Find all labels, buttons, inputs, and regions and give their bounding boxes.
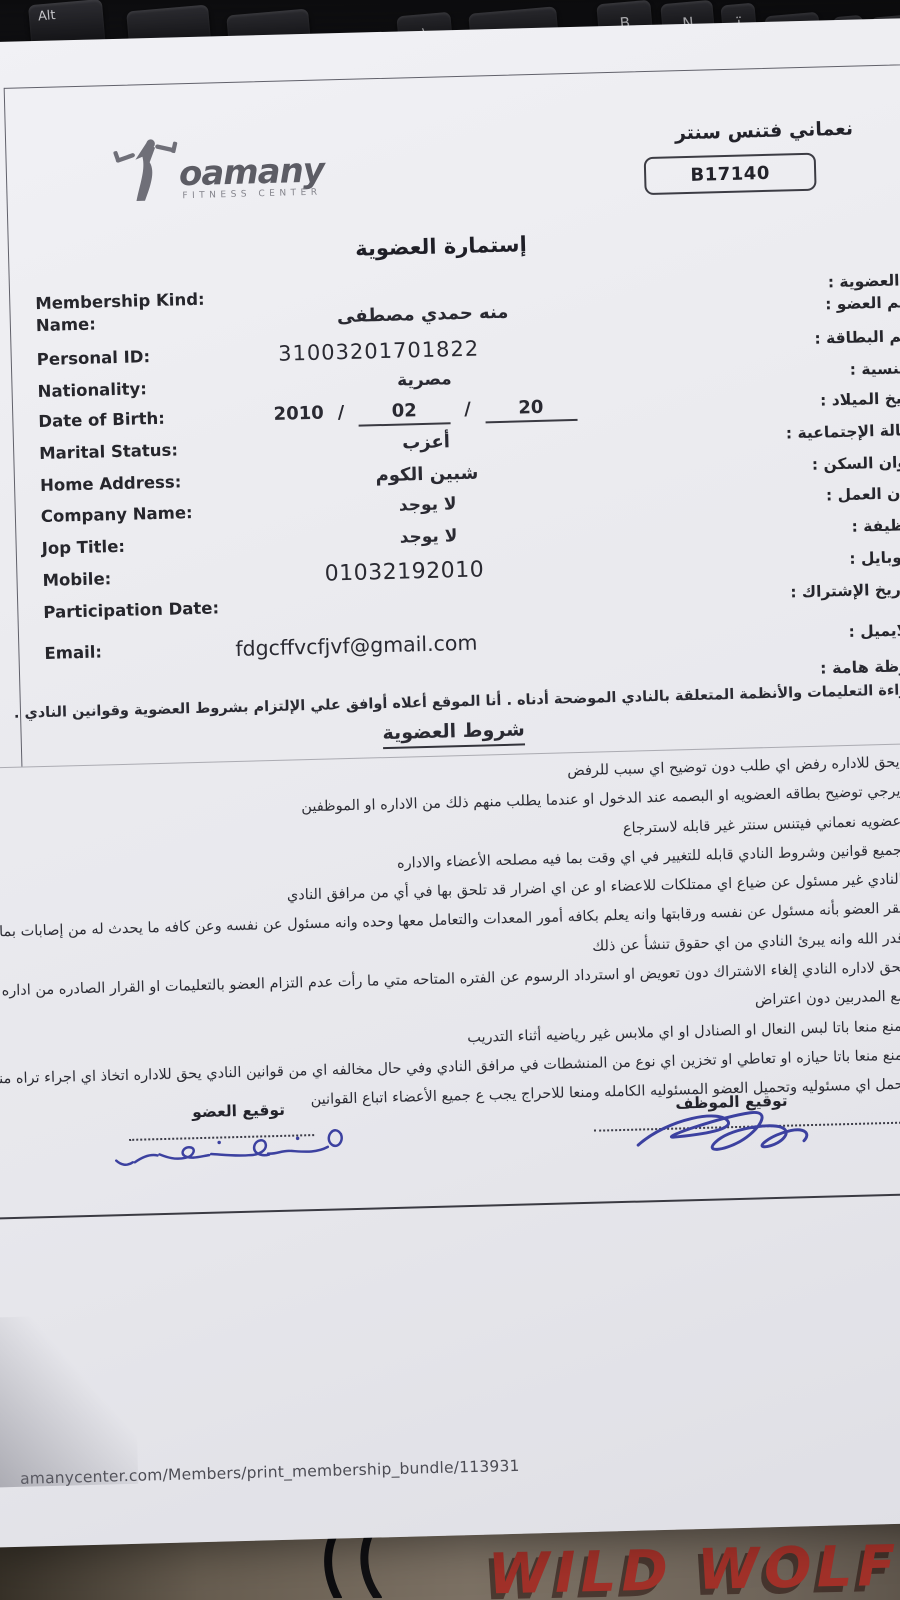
photo-scene: Alt \ B N ï M ؛ ك WILD WOLF نعماني فتنس …	[0, 0, 900, 1600]
field-label-en: Jop Title:	[41, 537, 125, 558]
print-url: amanycenter.com/Members/print_membership…	[20, 1457, 520, 1488]
important-note-label: ملحوظة هامة :	[820, 656, 900, 678]
field-label-ar: ١ - الايميل :	[848, 621, 900, 641]
field-label-en: Date of Birth:	[38, 409, 165, 431]
dob-separator: /	[337, 402, 344, 427]
field-label-ar: - الحالة الإجتماعية :	[786, 421, 900, 443]
member-signature	[94, 1111, 356, 1180]
field-label-ar: - مكان العمل :	[826, 484, 900, 505]
dob-year: 2010	[273, 403, 324, 429]
dob-separator: /	[464, 399, 471, 424]
brand-text: WILD WOLF	[487, 1534, 900, 1600]
employee-signature	[626, 1093, 828, 1173]
field-label-en: Mobile:	[42, 569, 111, 590]
field-label-en: Home Address:	[40, 472, 182, 495]
dob-month: 02	[358, 399, 451, 426]
field-label-en: Name:	[36, 315, 96, 336]
field-label-ar: - تاريخ الميلاد :	[820, 389, 900, 410]
field-label-ar: - الجنسية :	[850, 359, 900, 379]
field-label-ar: نوع العضوية :	[828, 271, 900, 292]
field-label-ar: - عنوان السكن :	[812, 453, 900, 474]
field-label-ar: ١ - تاريخ الإشتراك :	[790, 580, 900, 602]
field-label-ar: - إسم العضو :	[825, 293, 900, 314]
field-label-en: Company Name:	[41, 503, 193, 526]
field-label-en: Nationality:	[37, 379, 147, 401]
footer-divider	[0, 1193, 900, 1220]
dob-day: 20	[485, 396, 578, 423]
field-label-ar: - الوظيفة :	[851, 516, 900, 536]
field-label-en: Personal ID:	[37, 347, 151, 369]
field-label-ar: ١ - موبايل :	[849, 548, 900, 568]
membership-form-paper: نعماني فتنس سنتر B17140 oamany FITNE	[0, 17, 900, 1547]
field-label-en: Marital Status:	[39, 440, 178, 463]
field-label-ar: - رقم البطاقة :	[814, 327, 900, 348]
membership-terms-list: يحق للاداره رفض اي طلب دون توضيح اي سبب …	[0, 755, 900, 1139]
field-label-en: Participation Date:	[43, 598, 219, 622]
field-label-en: Email:	[44, 642, 102, 662]
